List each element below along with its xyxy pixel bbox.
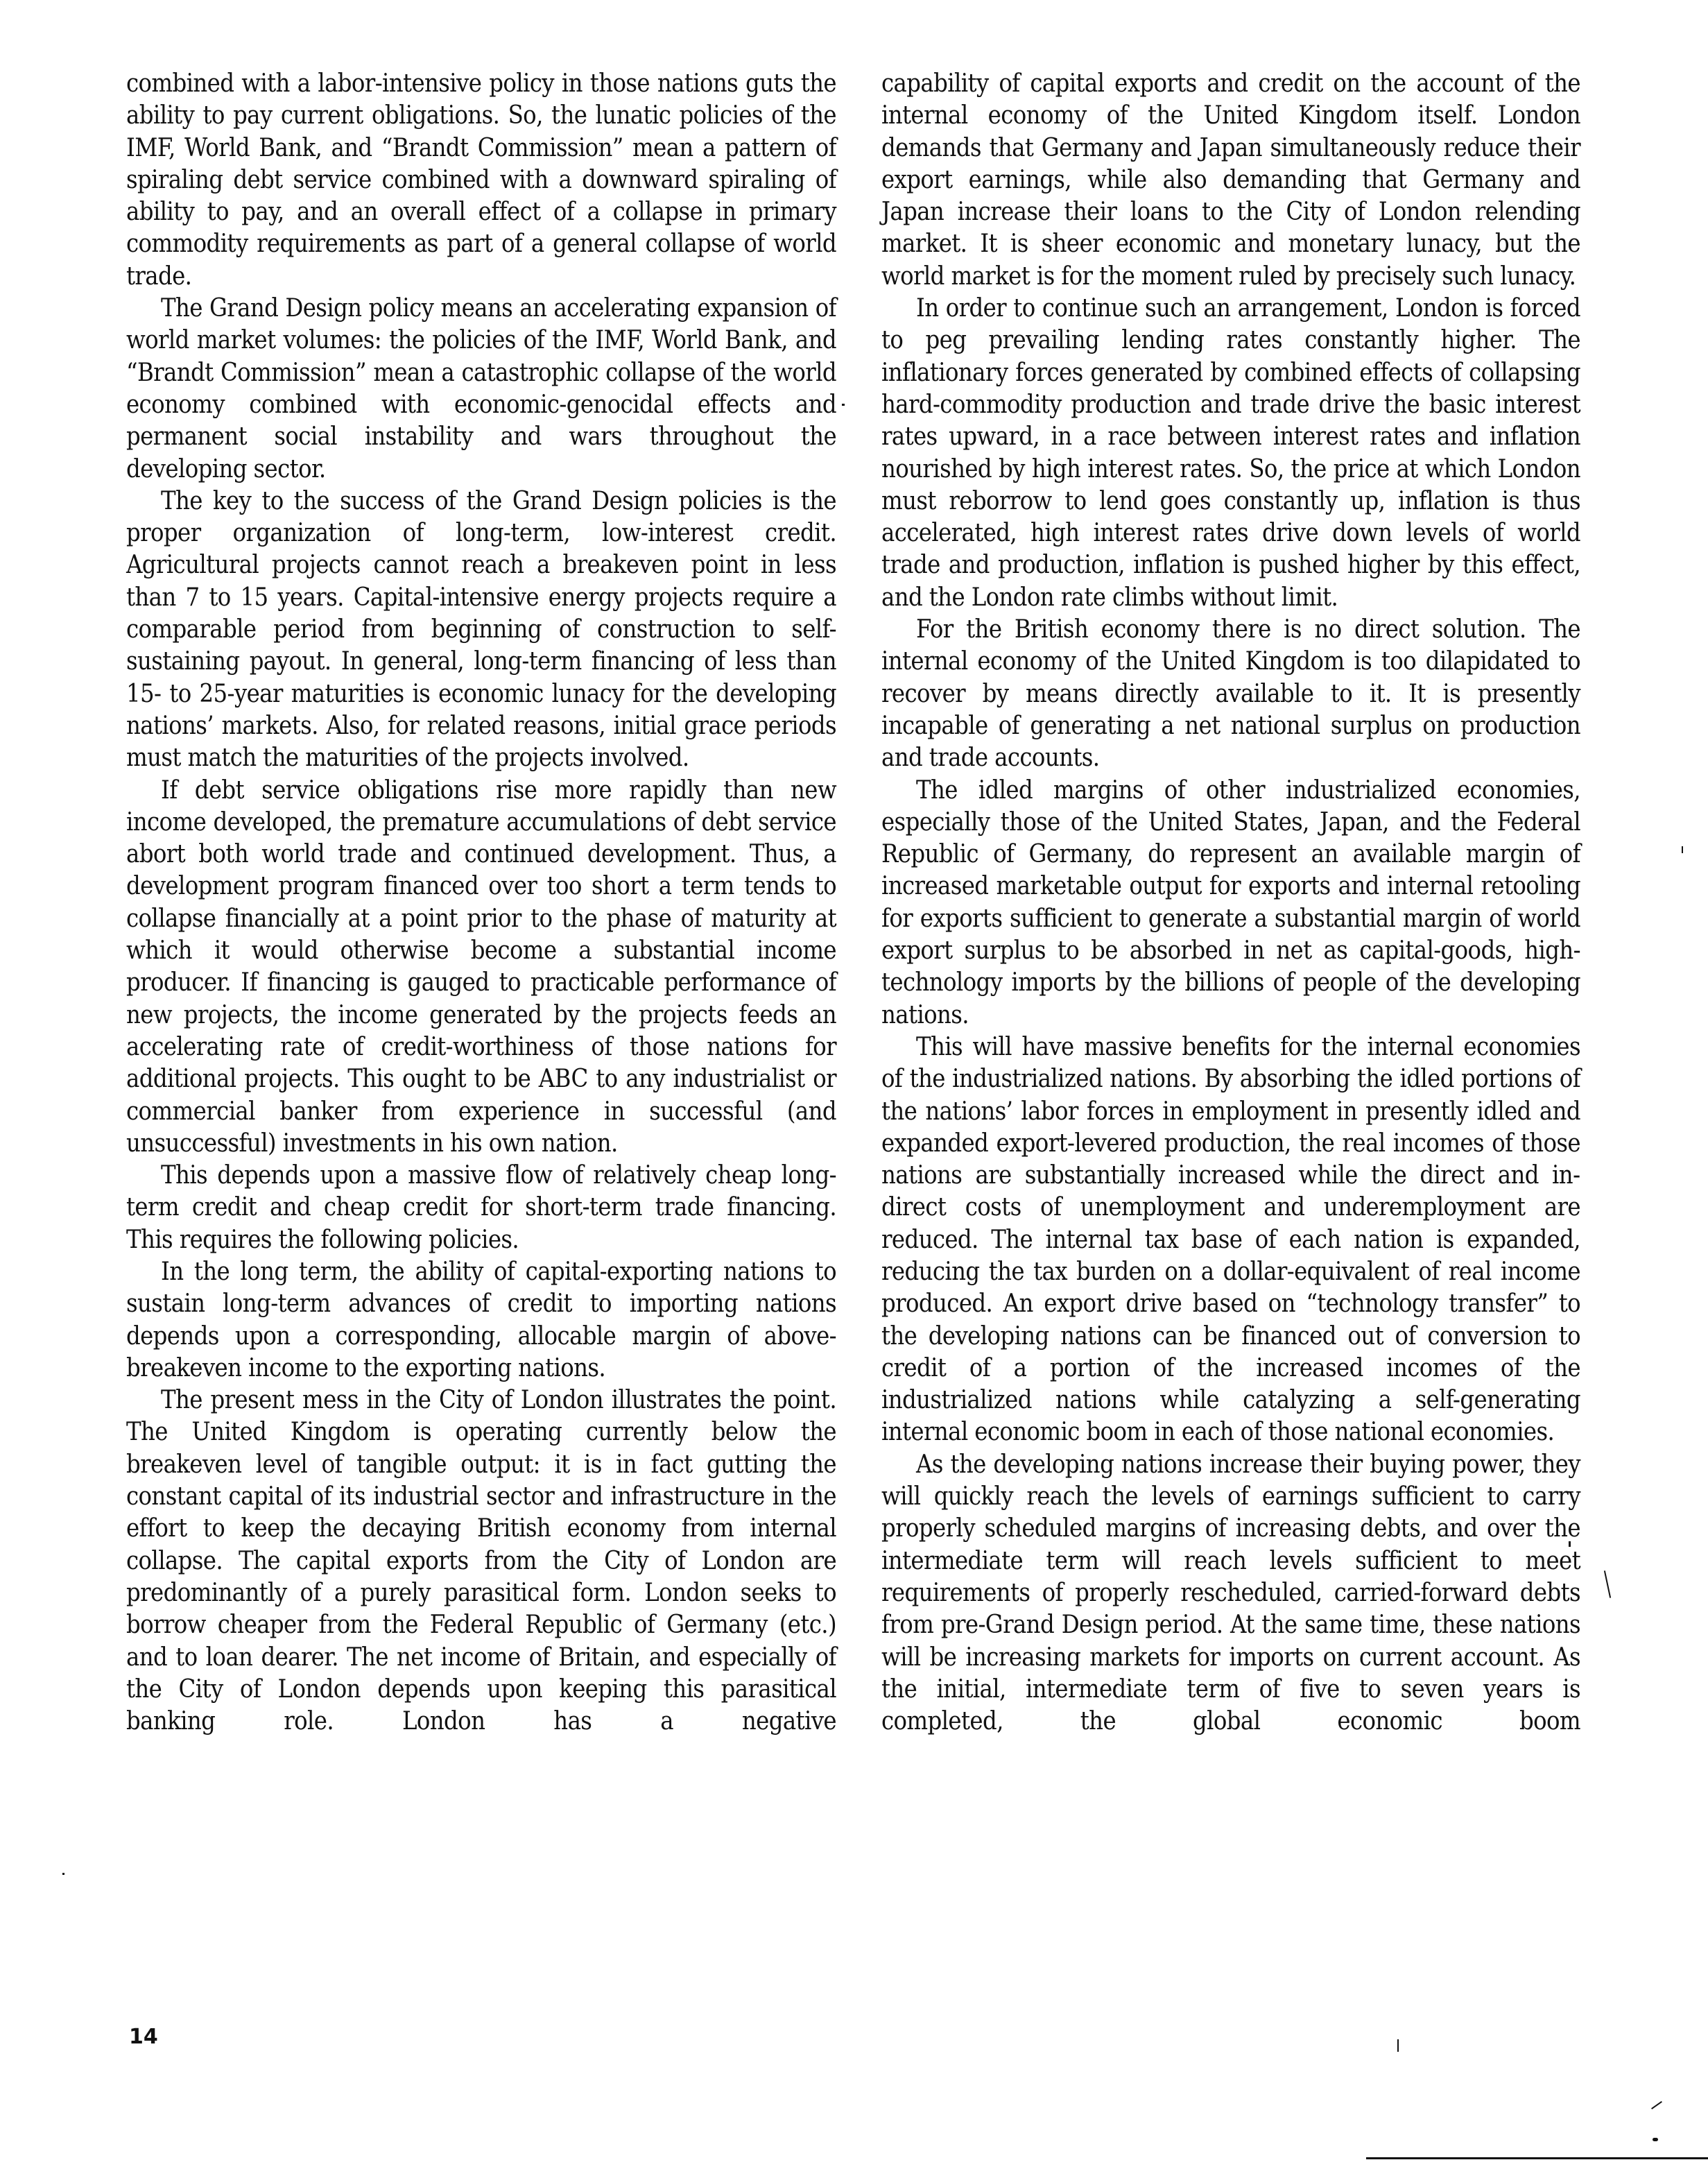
paragraph: combined with a labor-intensive policy i…: [126, 68, 836, 293]
scan-speck: [1682, 846, 1683, 853]
left-text-column: combined with a labor-intensive policy i…: [126, 68, 836, 1738]
paragraph: capability of capital exports and credit…: [881, 68, 1580, 293]
paragraph: This will have massive benefits for the …: [881, 1031, 1580, 1449]
scan-speck: [1397, 2039, 1399, 2052]
paragraph: This depends upon a massive flow of rela…: [126, 1160, 836, 1256]
paragraph: The idled margins of other industrialize…: [881, 775, 1580, 1031]
scan-speck: [1653, 2138, 1658, 2141]
paragraph: If debt service obligations rise more ra…: [126, 775, 836, 1160]
paragraph: The Grand Design policy means an acceler…: [126, 293, 836, 486]
paragraph: In order to continue such an arrangement…: [881, 293, 1580, 614]
scan-speck: [1651, 2101, 1662, 2109]
paragraph: The key to the success of the Grand Desi…: [126, 486, 836, 775]
scan-speck: [1604, 1570, 1611, 1598]
scan-speck: [62, 1873, 64, 1875]
right-text-column: capability of capital exports and credit…: [881, 68, 1580, 1738]
paragraph: As the developing nations increase their…: [881, 1449, 1580, 1738]
page-number: 14: [129, 2025, 158, 2049]
scan-speck: [1569, 1541, 1571, 1547]
scan-edge-line: [1366, 2157, 1708, 2159]
paragraph: The present mess in the City of London i…: [126, 1385, 836, 1738]
document-page: combined with a labor-intensive policy i…: [0, 0, 1708, 2160]
paragraph: In the long term, the ability of capital…: [126, 1256, 836, 1385]
scan-speck: [842, 404, 845, 406]
paragraph: For the British economy there is no dire…: [881, 614, 1580, 774]
